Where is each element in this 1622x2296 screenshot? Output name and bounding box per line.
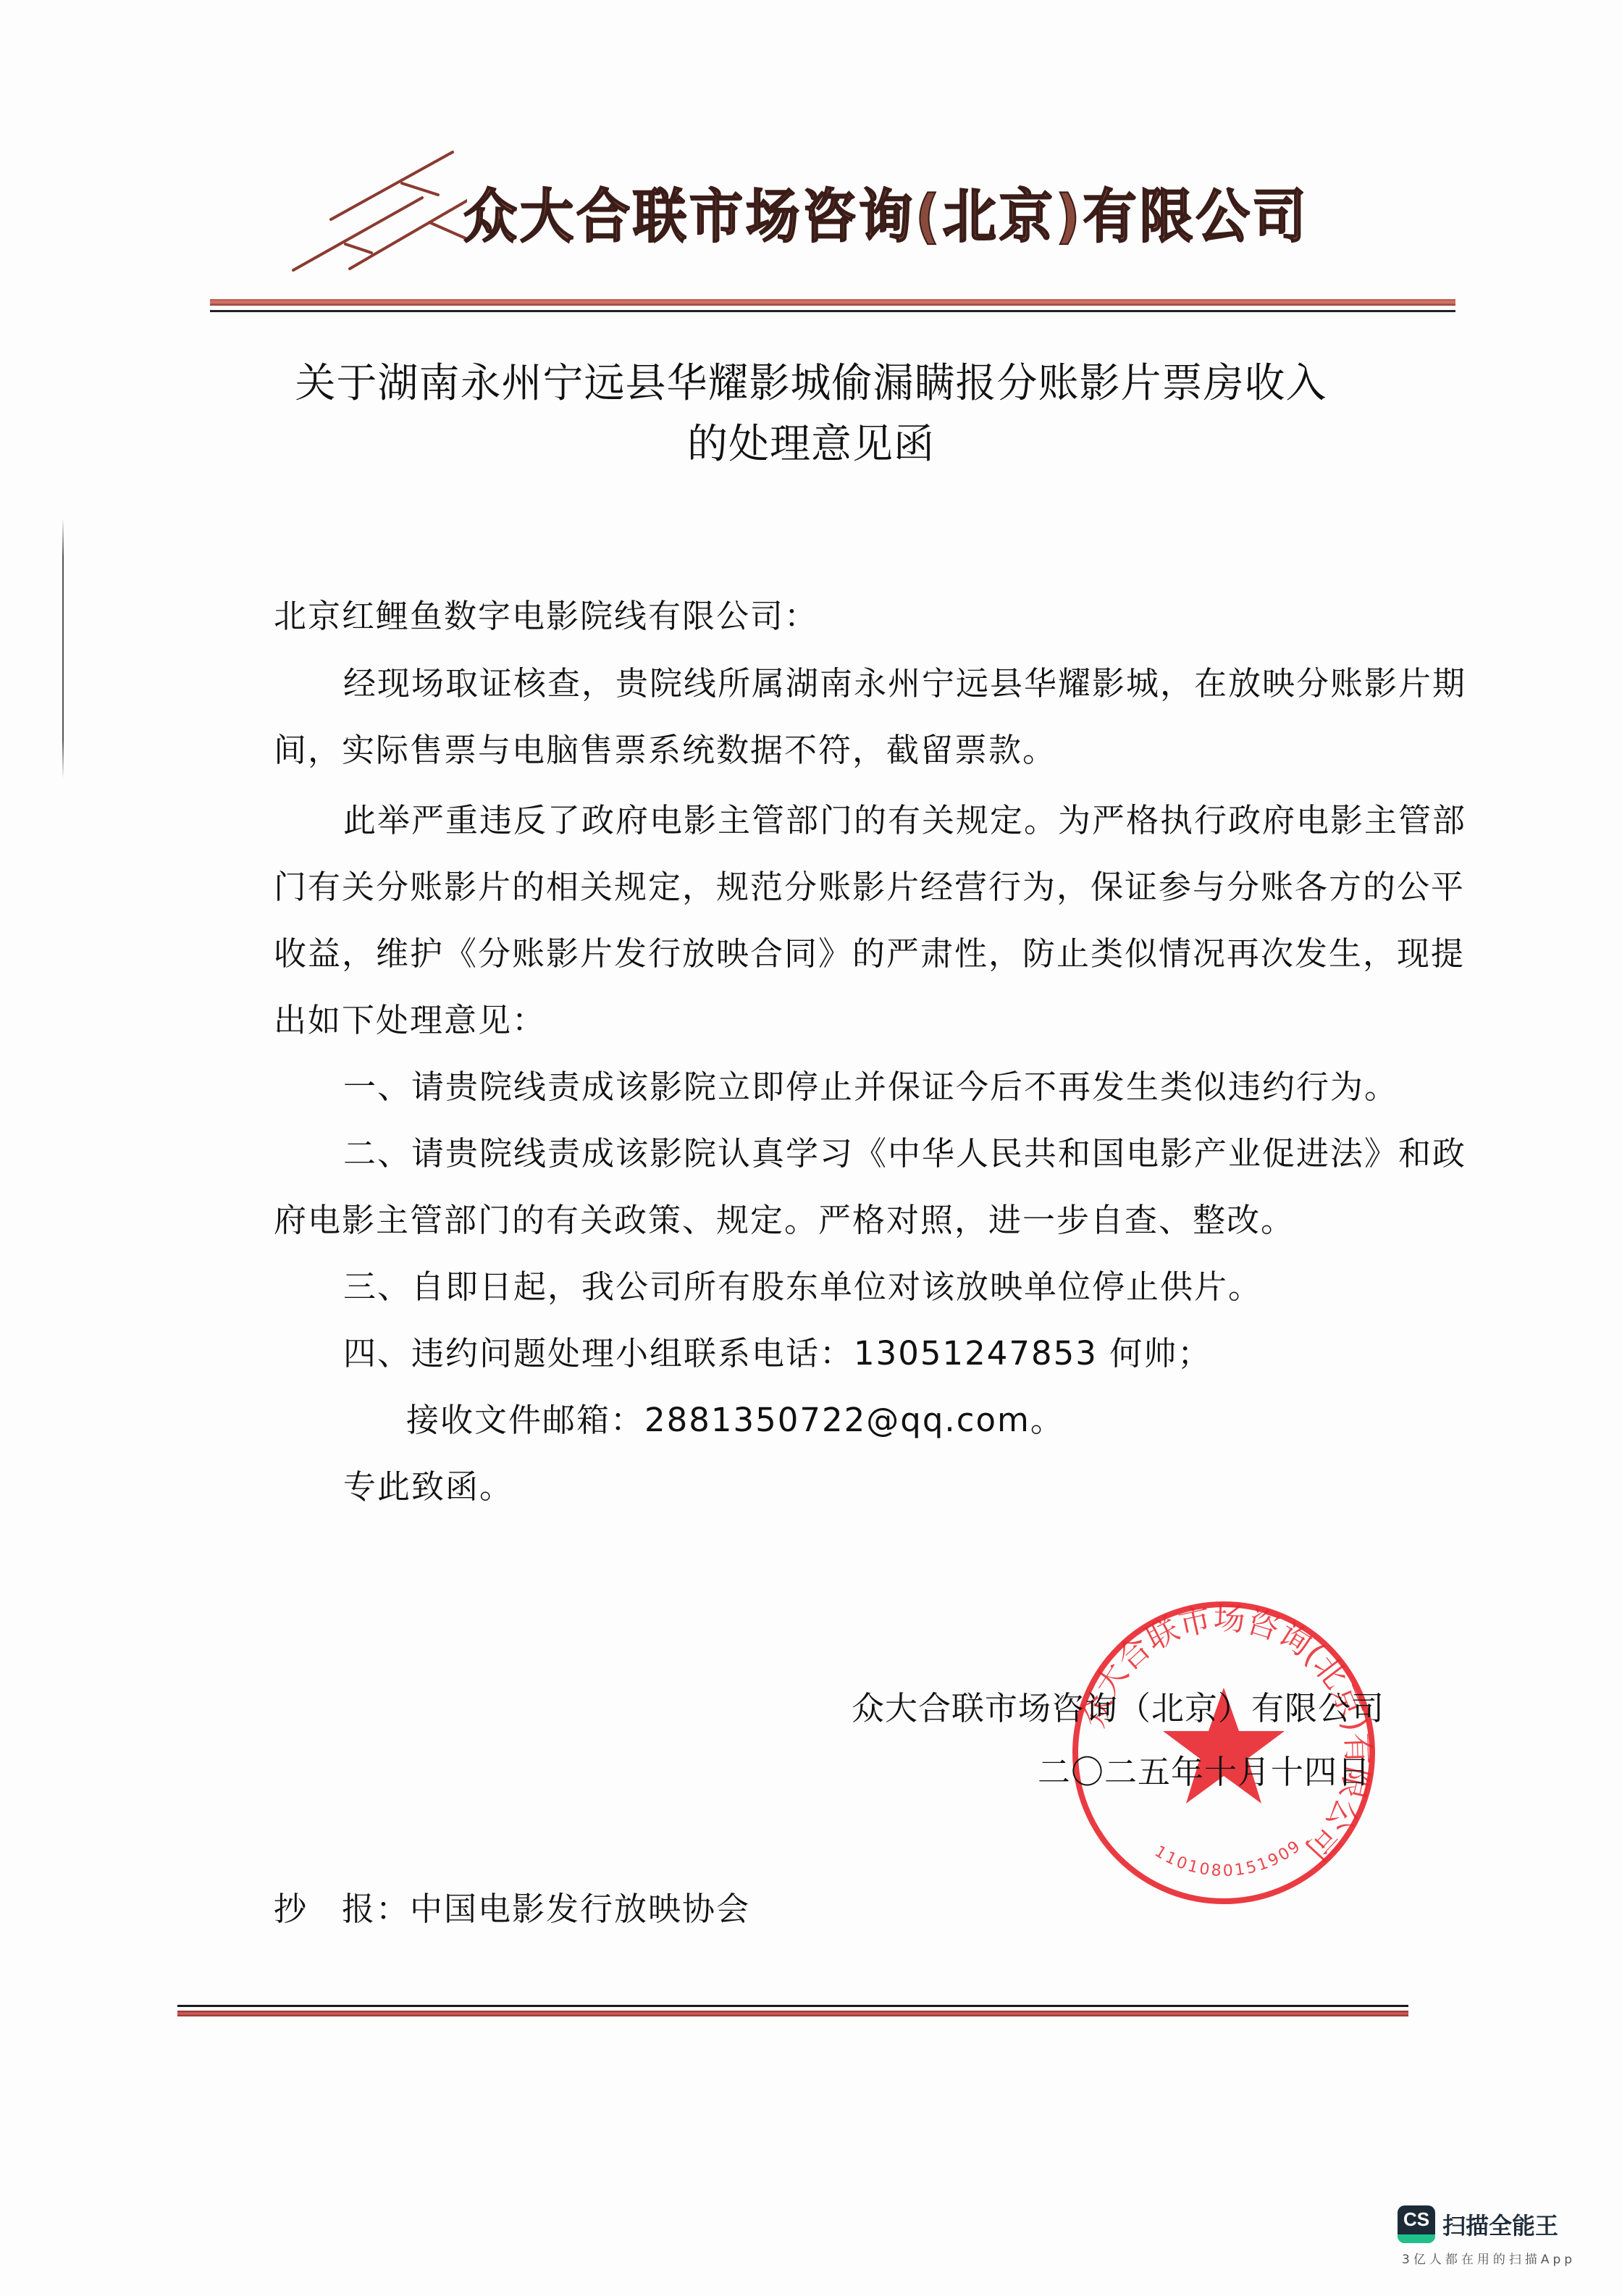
- camscanner-logo-icon: CS: [1398, 2205, 1435, 2243]
- paragraph-line: 经现场取证核查，贵院线所属湖南永州宁远县华耀影城，在放映分账影片期: [274, 650, 1360, 717]
- scan-artifact-line: [62, 518, 64, 779]
- paragraph-line: 收益，维护《分账影片发行放映合同》的严肃性，防止类似情况再次发生，现提: [274, 921, 1360, 987]
- opinion-item-1: 一、请贵院线责成该影院立即停止并保证今后不再发生类似违约行为。: [274, 1054, 1360, 1120]
- document-title: 关于湖南永州宁远县华耀影城偷漏瞒报分账影片票房收入 的处理意见函: [0, 353, 1622, 475]
- paragraph-line: 间，实际售票与电脑售票系统数据不符，截留票款。: [274, 717, 1360, 784]
- cc-label: 抄 报：: [274, 1890, 410, 1928]
- opinion-item-3: 三、自即日起，我公司所有股东单位对该放映单位停止供片。: [274, 1254, 1360, 1320]
- paragraph-line: 出如下处理意见：: [274, 987, 1360, 1054]
- paragraph-line: 此举严重违反了政府电影主管部门的有关规定。为严格执行政府电影主管部: [274, 787, 1360, 854]
- paragraph-1: 经现场取证核查，贵院线所属湖南永州宁远县华耀影城，在放映分账影片期 间，实际售票…: [274, 650, 1360, 784]
- opinion-item-4-phone: 四、违约问题处理小组联系电话：13051247853 何帅；: [274, 1320, 1360, 1387]
- title-line-1: 关于湖南永州宁远县华耀影城偷漏瞒报分账影片票房收入: [0, 353, 1622, 414]
- footer-rule-black: [177, 2005, 1408, 2007]
- salutation: 北京红鲤鱼数字电影院线有限公司：: [274, 583, 1360, 650]
- paragraph-line: 门有关分账影片的相关规定，规范分账影片经营行为，保证参与分账各方的公平: [274, 854, 1360, 921]
- opinion-item-2-line-1: 二、请贵院线责成该影院认真学习《中华人民共和国电影产业促进法》和政: [274, 1120, 1360, 1187]
- header-rule-red: [210, 299, 1455, 306]
- stamp-code: 1101080151909: [1151, 1836, 1306, 1880]
- signature-date: 二〇二五年十月十四日: [1038, 1746, 1371, 1793]
- opinion-item-4-email: 接收文件邮箱：2881350722@qq.com。: [274, 1387, 1360, 1454]
- svg-text:1101080151909: 1101080151909: [1151, 1836, 1306, 1880]
- paragraph-2: 此举严重违反了政府电影主管部门的有关规定。为严格执行政府电影主管部 门有关分账影…: [274, 787, 1360, 1054]
- title-line-2: 的处理意见函: [0, 414, 1622, 475]
- watermark-app-name: 扫描全能王: [1442, 2208, 1558, 2241]
- footer-rule-red: [177, 2011, 1408, 2016]
- opinion-items: 一、请贵院线责成该影院立即停止并保证今后不再发生类似违约行为。 二、请贵院线责成…: [274, 1054, 1360, 1520]
- closing-phrase: 专此致函。: [274, 1454, 1360, 1520]
- signature-company: 众大合联市场咨询（北京）有限公司: [852, 1682, 1384, 1729]
- cc-line: 抄 报：中国电影发行放映协会: [274, 1876, 1360, 1943]
- scanner-app-watermark: CS扫描全能王 3亿人都在用的扫描App: [1398, 2205, 1615, 2267]
- header-rule-black: [210, 310, 1455, 312]
- cc-recipient: 中国电影发行放映协会: [410, 1890, 750, 1928]
- watermark-tagline: 3亿人都在用的扫描App: [1402, 2249, 1615, 2267]
- letterhead-company-name: 众大合联市场咨询(北京)有限公司: [463, 171, 1309, 254]
- opinion-item-2-line-2: 府电影主管部门的有关政策、规定。严格对照，进一步自查、整改。: [274, 1187, 1360, 1254]
- company-logo-icon: [279, 141, 467, 279]
